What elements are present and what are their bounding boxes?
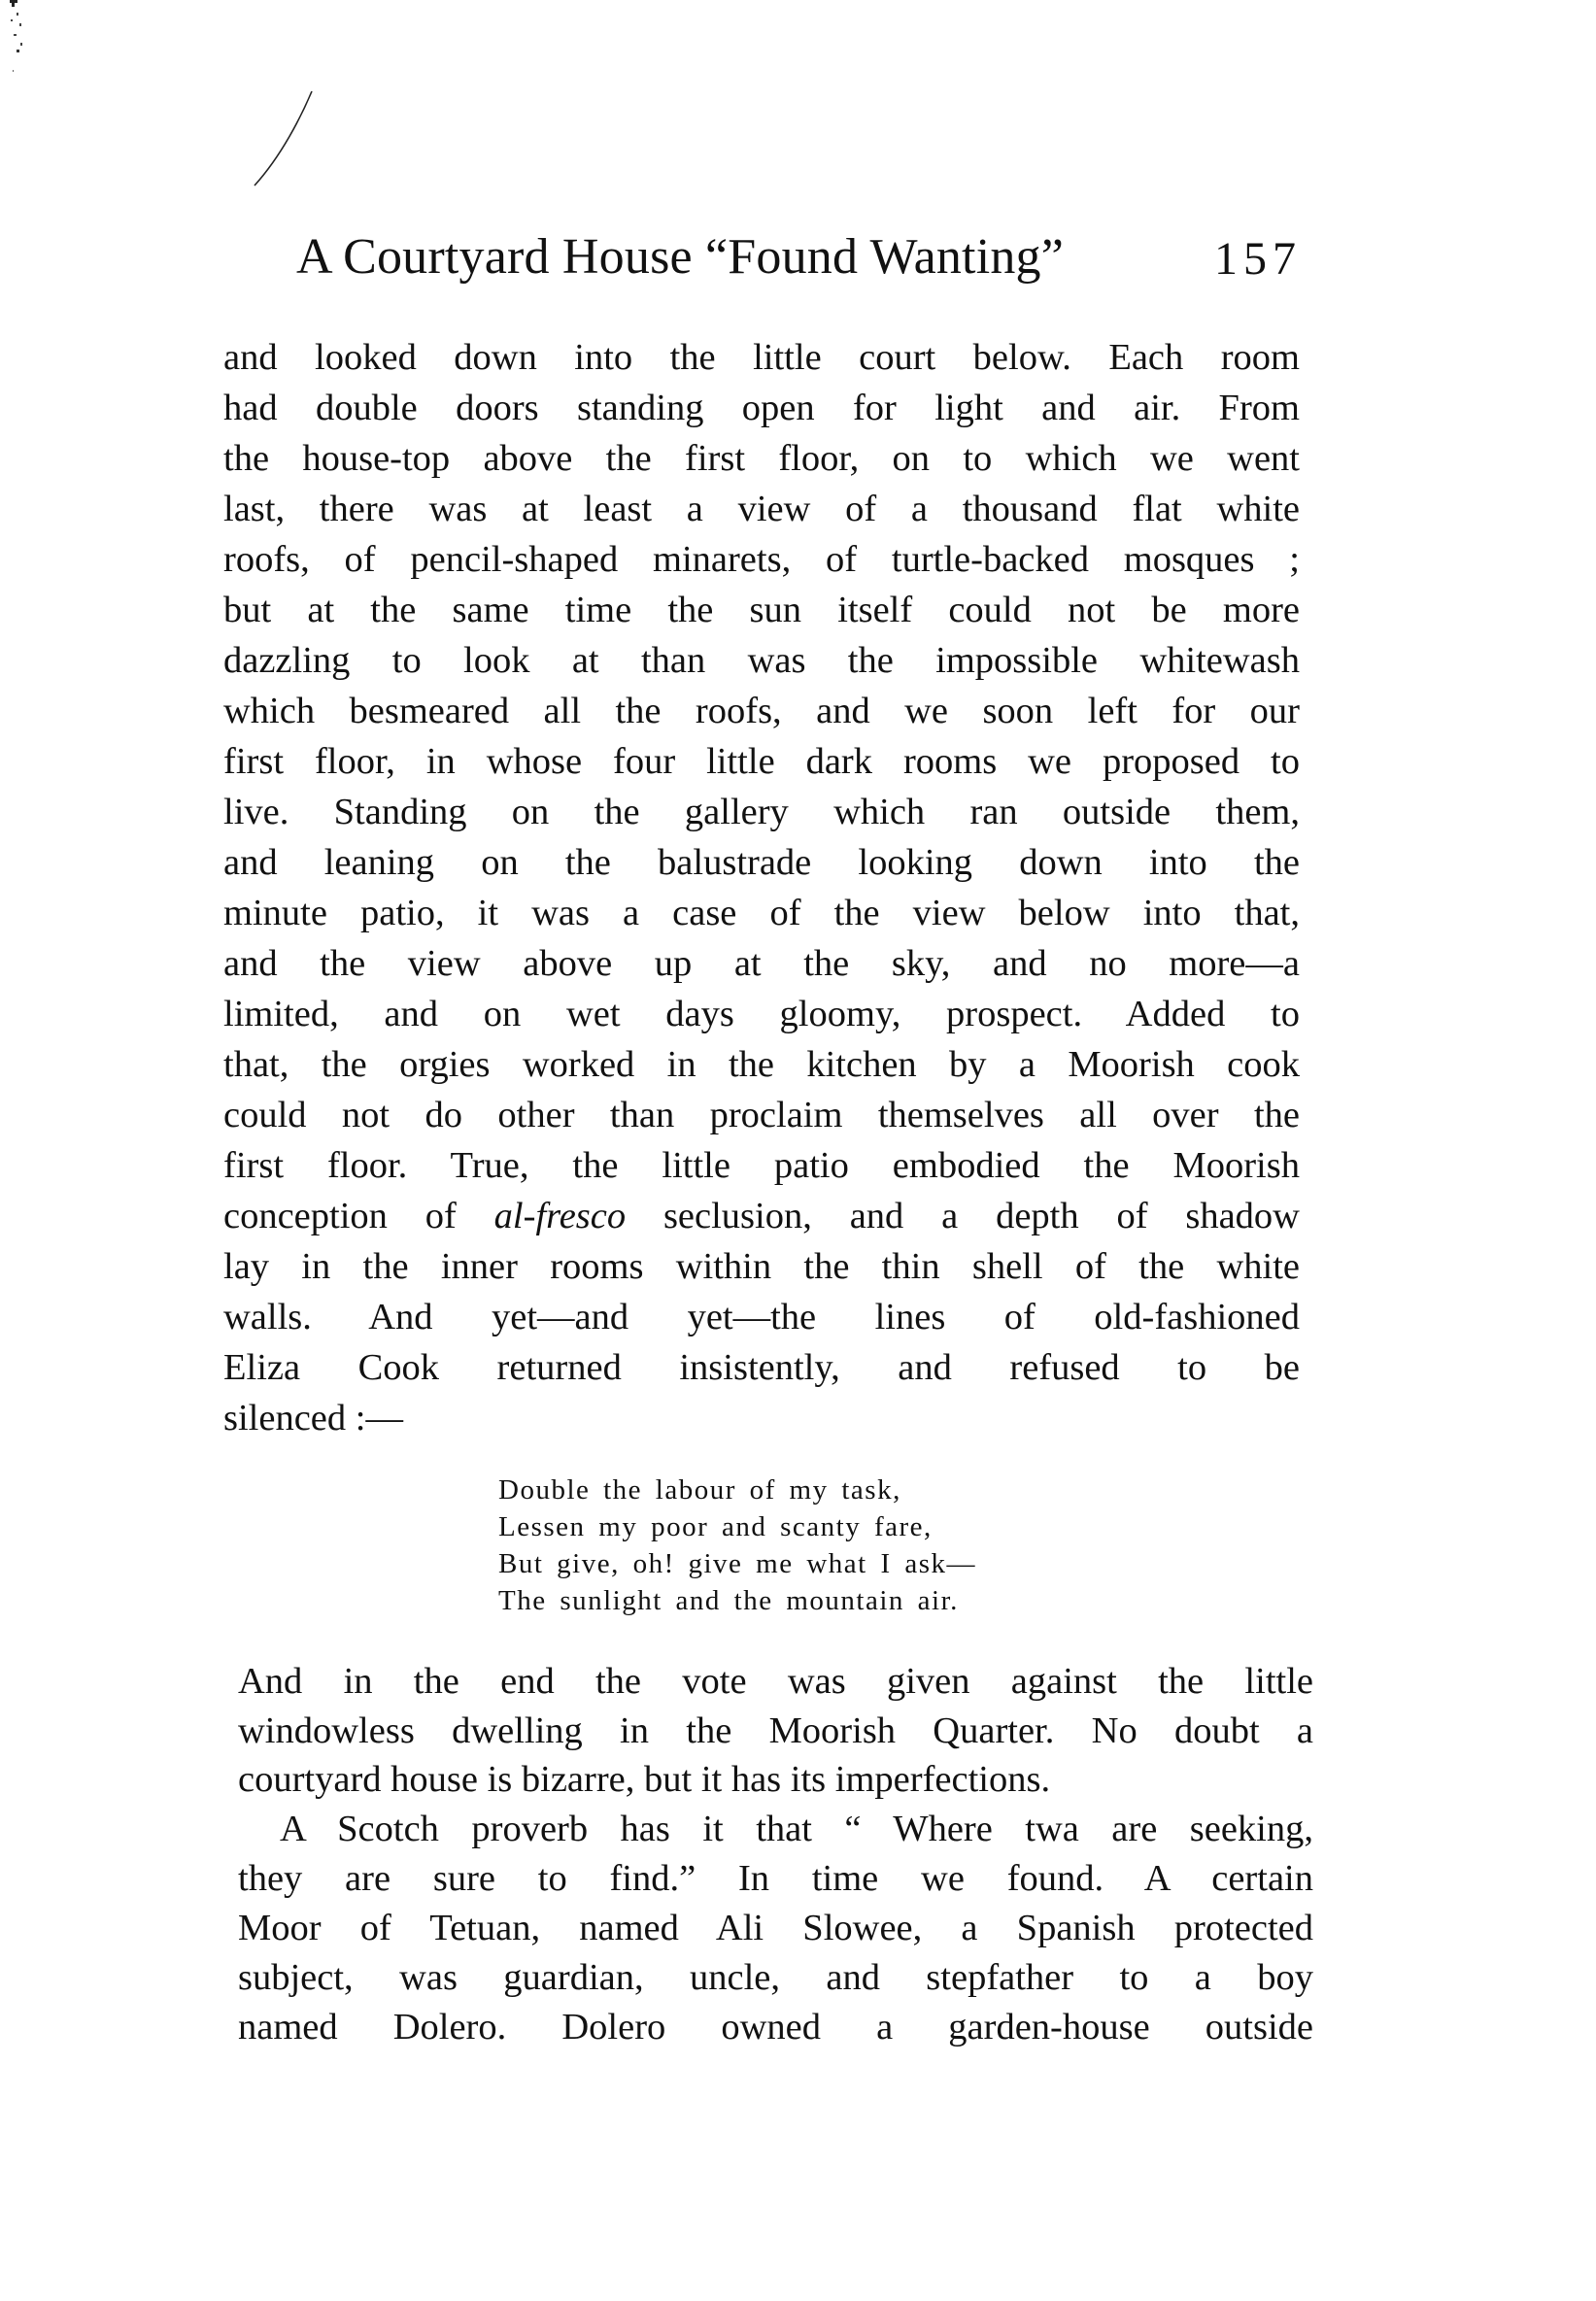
text-line: conception of al-fresco seclusion, and a… (223, 1191, 1300, 1241)
text-line: named Dolero. Dolero owned a garden-hous… (238, 2002, 1313, 2052)
text-line: first floor, in whose four little dark r… (223, 736, 1300, 787)
text-line: Moor of Tetuan, named Ali Slowee, a Span… (238, 1903, 1313, 1953)
text-line: but at the same time the sun itself coul… (223, 585, 1300, 635)
verse-line: But give, oh! give me what I ask— (498, 1545, 976, 1582)
text-line: windowless dwelling in the Moorish Quart… (238, 1706, 1313, 1756)
text-line: and the view above up at the sky, and no… (223, 938, 1300, 989)
text-fragment: seclusion, and a depth of shadow (663, 1196, 1300, 1236)
running-head: A Courtyard House “Found Wanting” 157 (296, 228, 1302, 296)
text-line: roofs, of pencil-shaped minarets, of tur… (223, 534, 1300, 585)
text-line: Eliza Cook returned insistently, and ref… (223, 1342, 1300, 1393)
text-line: that, the orgies worked in the kitchen b… (223, 1039, 1300, 1090)
italic-term: al-fresco (494, 1196, 626, 1236)
page-number: 157 (1214, 230, 1302, 288)
text-line: which besmeared all the roofs, and we so… (223, 686, 1300, 736)
verse-line: The sunlight and the mountain air. (498, 1582, 959, 1619)
text-line: walls. And yet—and yet—the lines of old-… (223, 1292, 1300, 1342)
text-line: the house-top above the first floor, on … (223, 433, 1300, 484)
text-line: lay in the inner rooms within the thin s… (223, 1241, 1300, 1292)
book-page: A Courtyard House “Found Wanting” 157 an… (0, 0, 1596, 2301)
text-line: dazzling to look at than was the impossi… (223, 635, 1300, 686)
verse-line: Lessen my poor and scanty fare, (498, 1508, 933, 1545)
scan-speck-marks (8, 0, 33, 87)
text-line: they are sure to find.” In time we found… (238, 1853, 1313, 1904)
text-fragment: conception of (223, 1196, 457, 1236)
running-head-title: A Courtyard House “Found Wanting” (296, 228, 1064, 287)
text-line: live. Standing on the gallery which ran … (223, 787, 1300, 837)
verse-line: Double the labour of my task, (498, 1472, 901, 1508)
text-line: silenced :— (223, 1393, 1300, 1443)
pencil-slash-mark (248, 87, 321, 194)
text-line: limited, and on wet days gloomy, prospec… (223, 989, 1300, 1039)
text-line: could not do other than proclaim themsel… (223, 1090, 1300, 1140)
text-line: and looked down into the little court be… (223, 332, 1300, 383)
text-line: subject, was guardian, uncle, and stepfa… (238, 1952, 1313, 2003)
text-line: courtyard house is bizarre, but it has i… (238, 1754, 1313, 1805)
text-line: and leaning on the balustrade looking do… (223, 837, 1300, 888)
text-line: And in the end the vote was given agains… (238, 1656, 1313, 1707)
text-line: A Scotch proverb has it that “ Where twa… (280, 1804, 1313, 1854)
text-line: first floor. True, the little patio embo… (223, 1140, 1300, 1191)
text-line: last, there was at least a view of a tho… (223, 484, 1300, 534)
text-line: had double doors standing open for light… (223, 383, 1300, 433)
text-line: minute patio, it was a case of the view … (223, 888, 1300, 938)
